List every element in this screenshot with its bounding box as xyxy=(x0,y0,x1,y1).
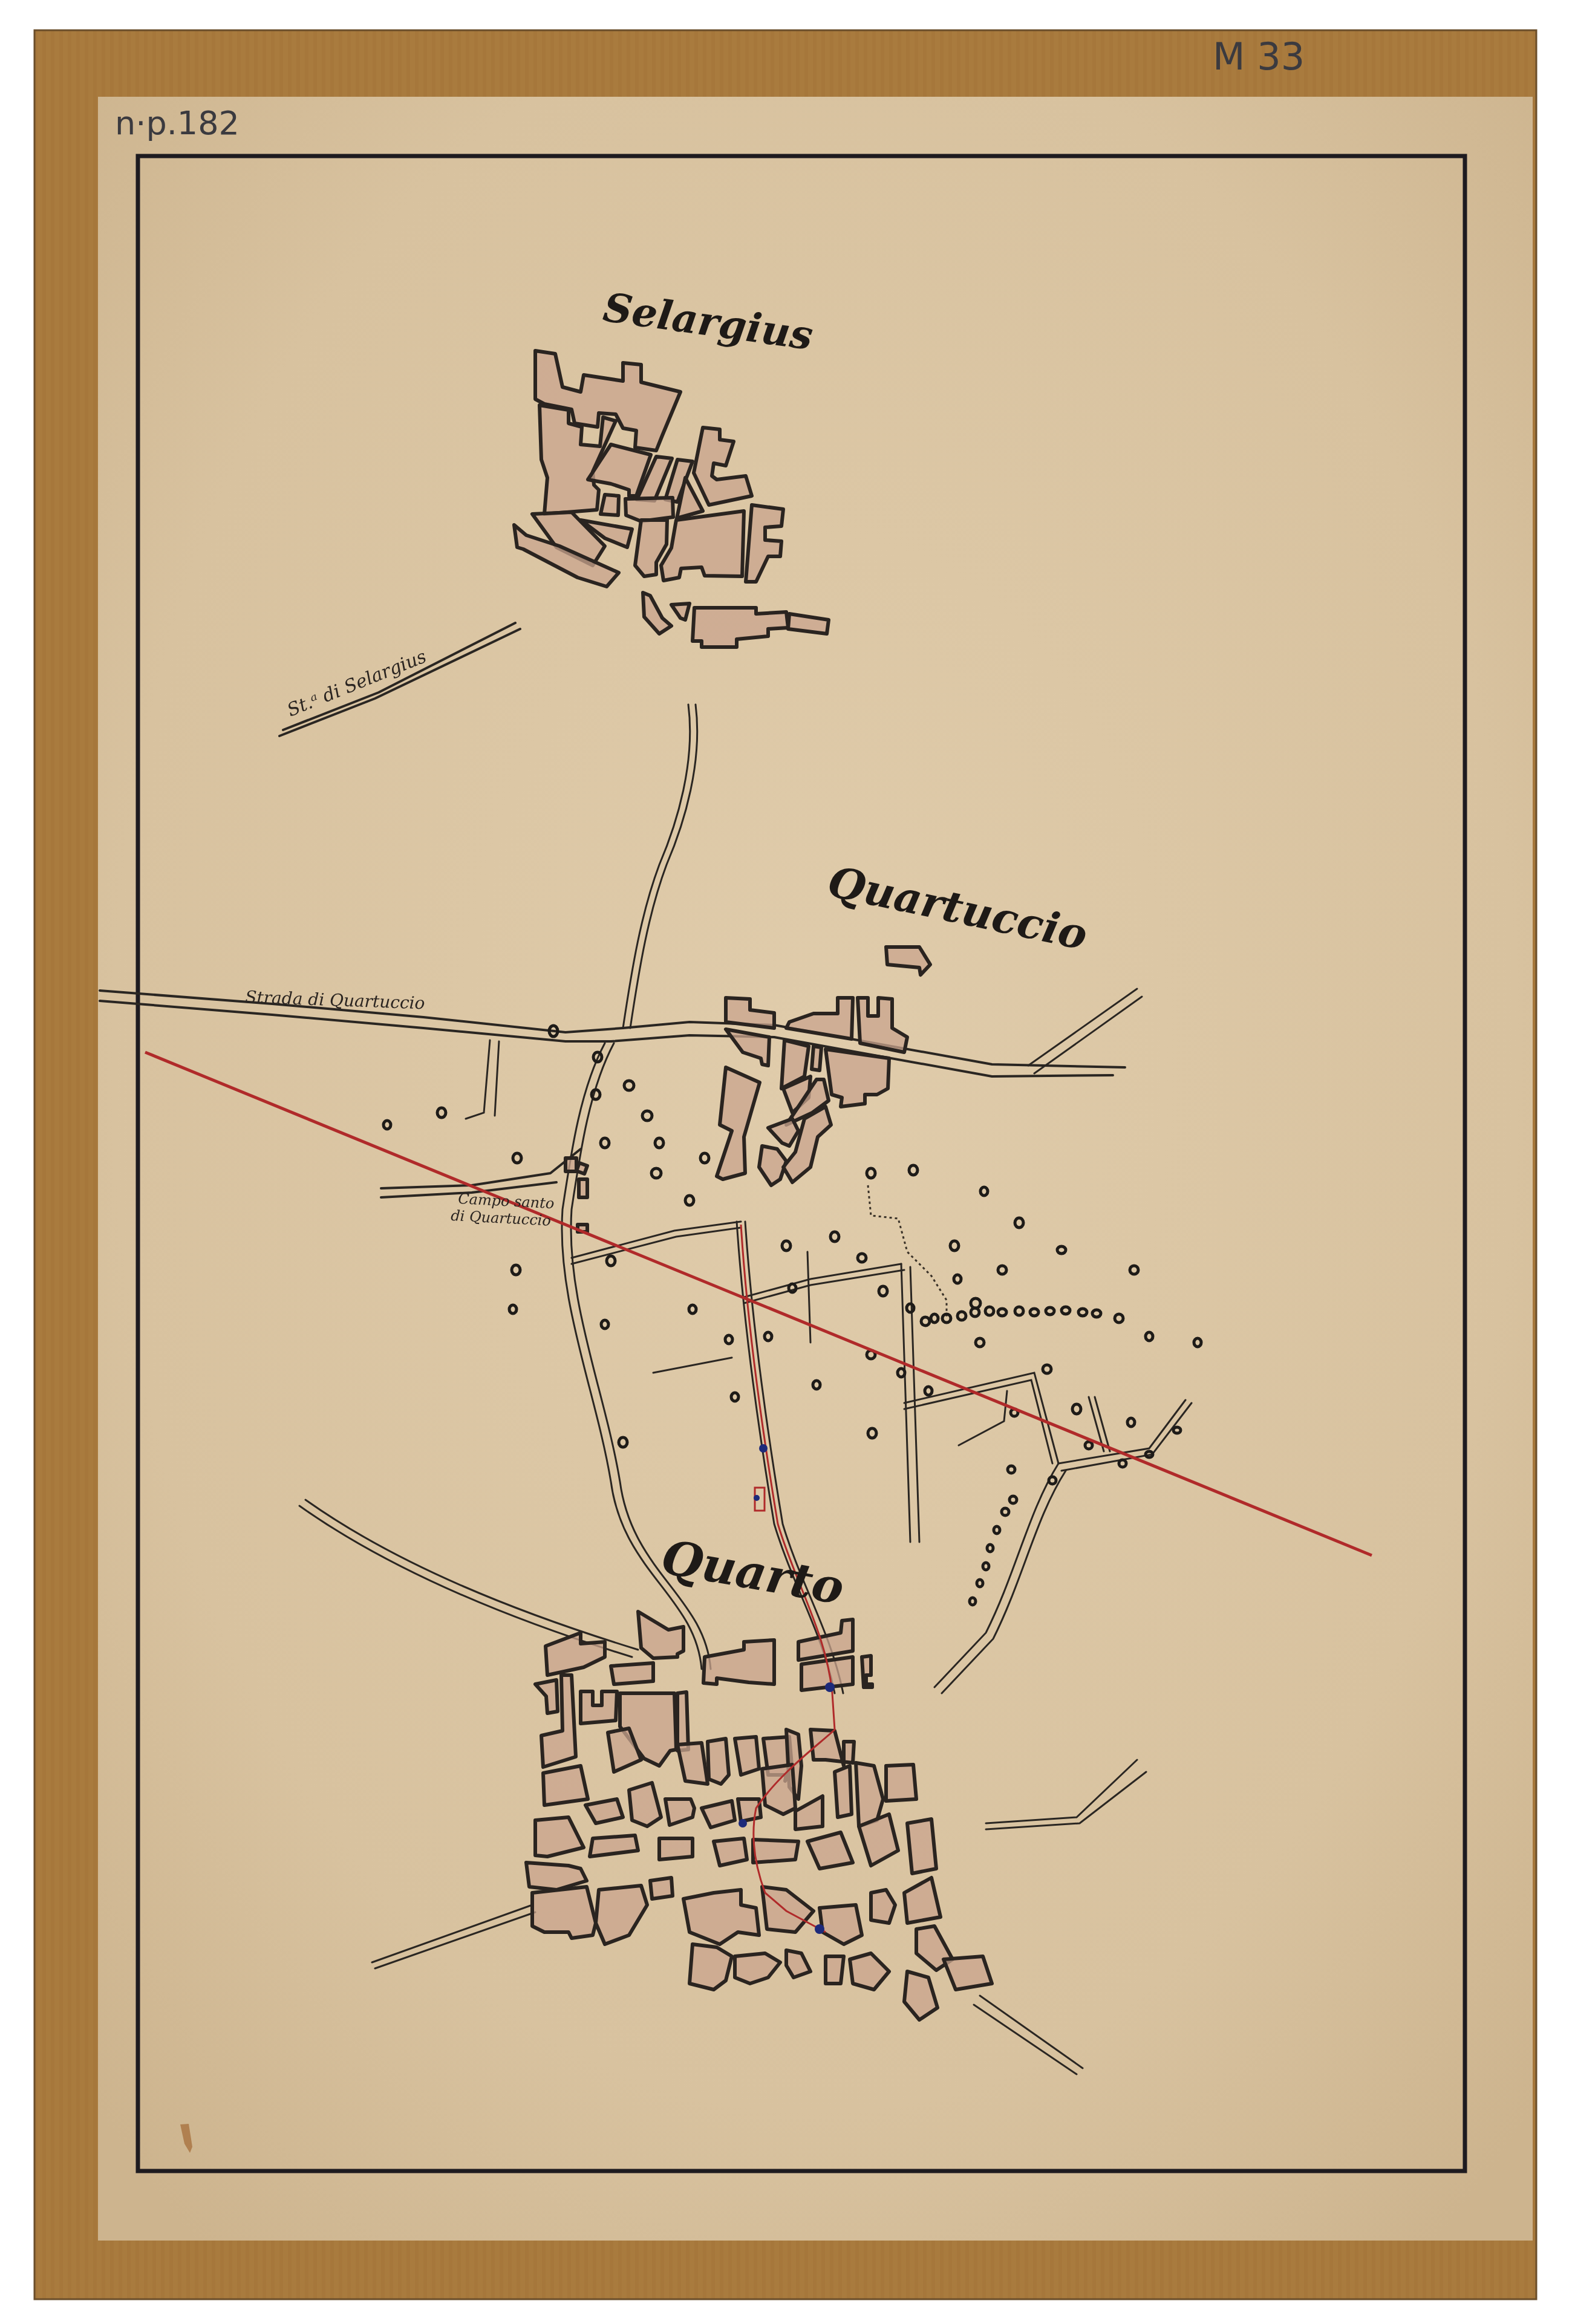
blue-marker xyxy=(754,1495,760,1501)
inventory-mark: n·p.182 xyxy=(115,104,240,142)
catalog-number: M 33 xyxy=(1213,34,1305,79)
blue-marker xyxy=(815,1924,824,1934)
blue-marker xyxy=(759,1444,768,1453)
blue-marker xyxy=(825,1682,835,1692)
linen-sheet xyxy=(98,97,1533,2241)
blue-marker xyxy=(739,1819,747,1828)
map-canvas: M 33 n·p.182 xyxy=(0,0,1575,2324)
